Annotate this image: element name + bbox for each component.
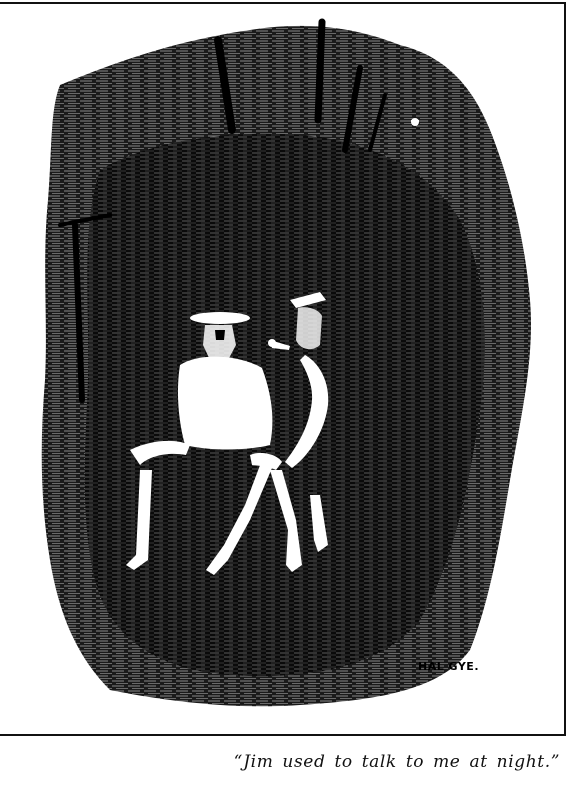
illustration: HAL GYE. bbox=[0, 0, 569, 740]
caption: “Jim used to talk to me at night.” bbox=[200, 752, 560, 772]
dugout-darkness bbox=[85, 134, 485, 676]
artist-signature: HAL GYE. bbox=[418, 660, 479, 673]
star-icon bbox=[411, 118, 419, 126]
